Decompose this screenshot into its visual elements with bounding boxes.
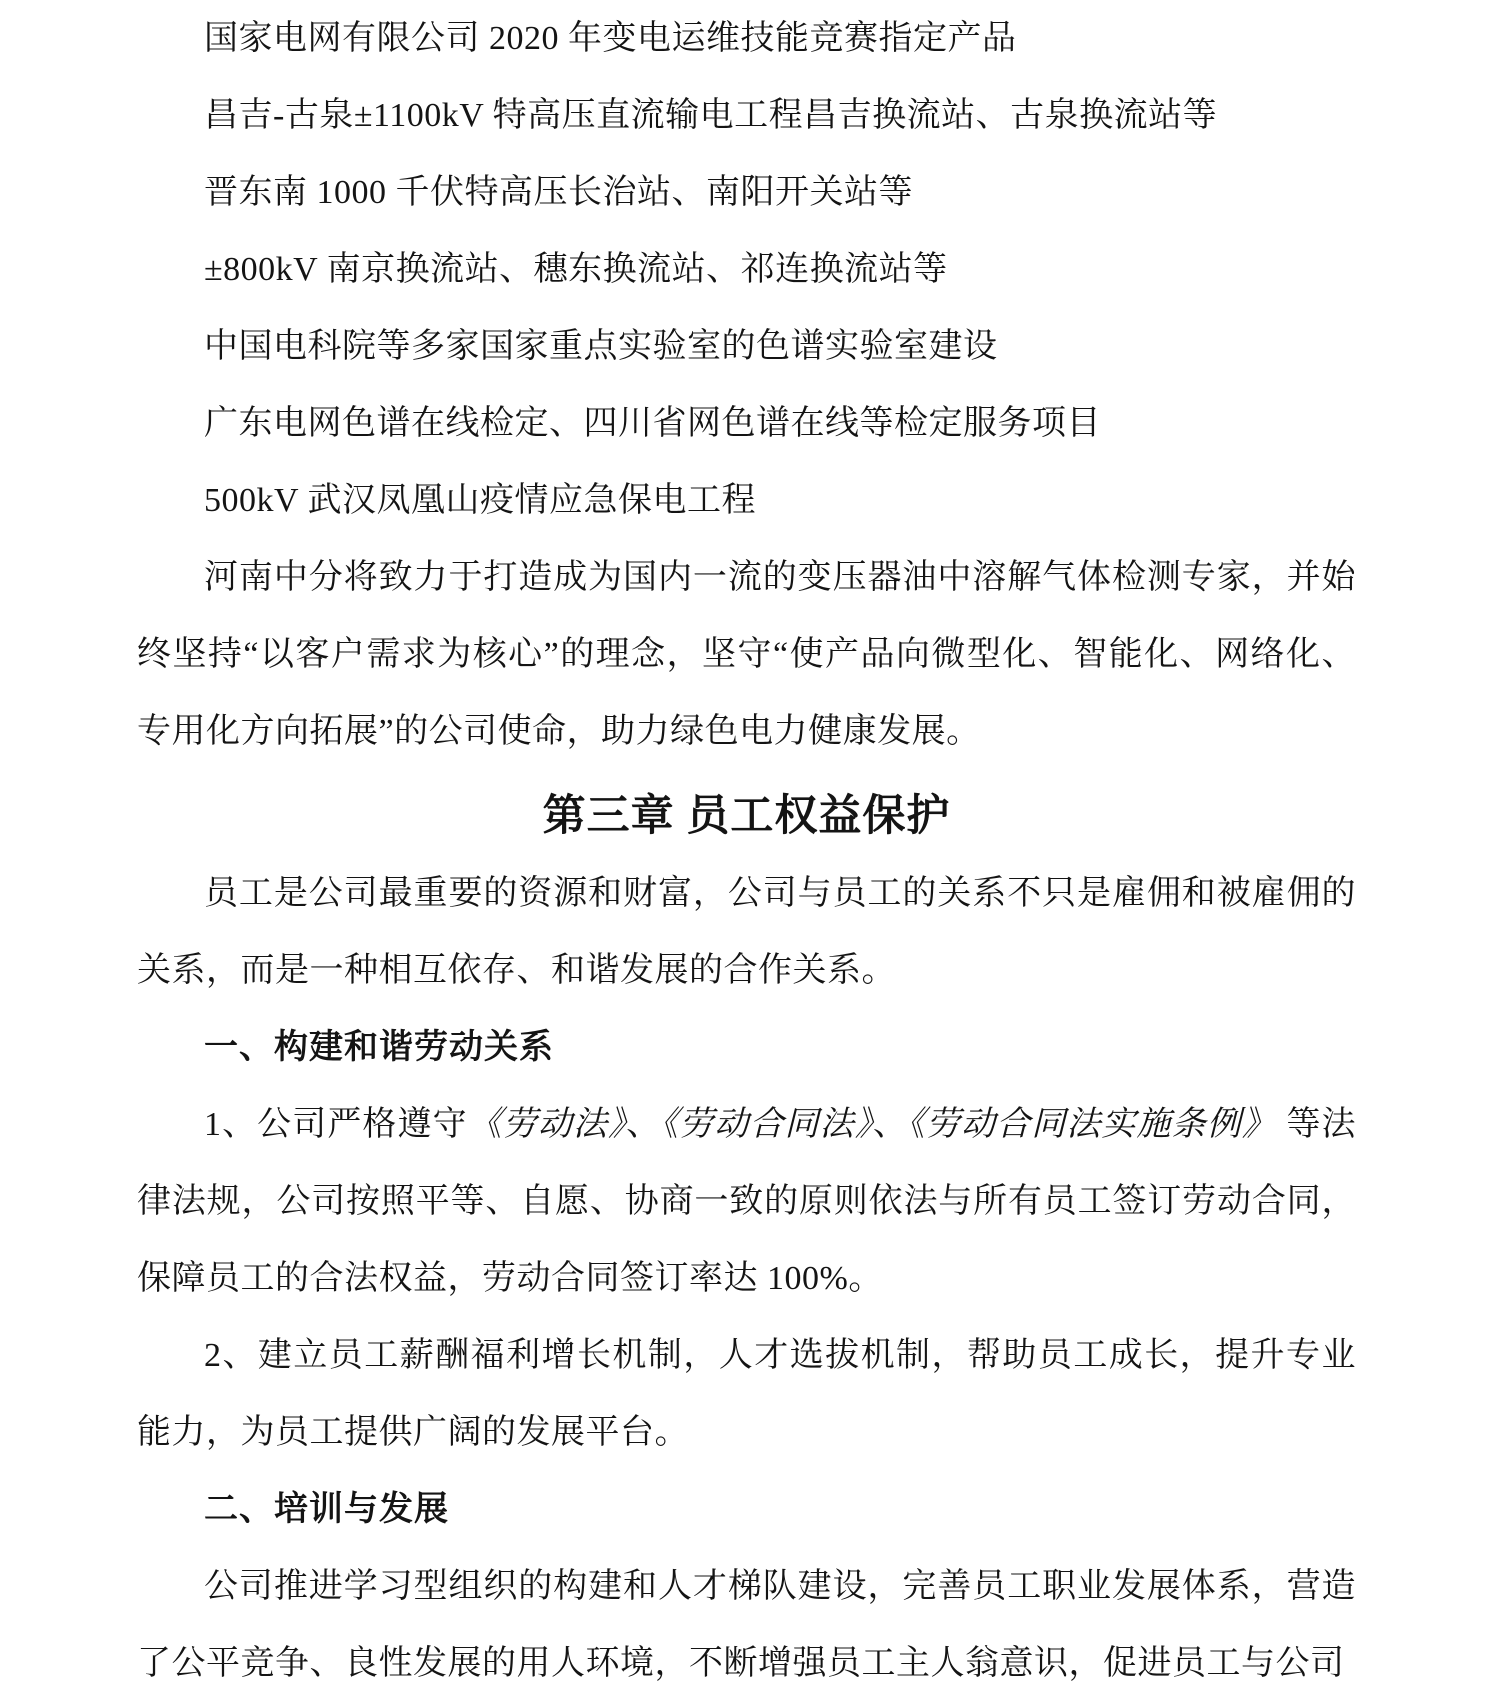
text-segment: 1、公司严格遵守 — [204, 1106, 468, 1143]
section1-heading: 一、构建和谐劳动关系 — [137, 1009, 1356, 1086]
mission-paragraph: 河南中分将致力于打造成为国内一流的变压器油中溶解气体检测专家，并始终坚持“以客户… — [137, 539, 1356, 770]
law-title: 《劳动合同法实施条例》 — [908, 1106, 1277, 1143]
text-segment: 、 — [626, 1106, 661, 1143]
list-item: 中国电科院等多家国家重点实验室的色谱实验室建设 — [137, 308, 1356, 385]
law-title: 《劳动法》 — [468, 1106, 626, 1143]
chapter-intro-paragraph: 员工是公司最重要的资源和财富，公司与员工的关系不只是雇佣和被雇佣的关系，而是一种… — [137, 855, 1356, 1009]
section1-paragraph-1: 1、公司严格遵守《劳动法》、《劳动合同法》、《劳动合同法实施条例》 等法律法规，… — [137, 1086, 1356, 1317]
section2-paragraph-1: 公司推进学习型组织的构建和人才梯队建设，完善员工职业发展体系，营造了公平竞争、良… — [137, 1548, 1356, 1699]
section2-heading: 二、培训与发展 — [137, 1471, 1356, 1548]
list-item: 广东电网色谱在线检定、四川省网色谱在线等检定服务项目 — [137, 385, 1356, 462]
list-item: 昌吉-古泉±1100kV 特高压直流输电工程昌吉换流站、古泉换流站等 — [137, 77, 1356, 154]
text-segment: 、 — [873, 1106, 908, 1143]
chapter-heading: 第三章 员工权益保护 — [137, 778, 1356, 855]
list-item: 500kV 武汉凤凰山疫情应急保电工程 — [137, 462, 1356, 539]
document-page: 国家电网有限公司 2020 年变电运维技能竞赛指定产品 昌吉-古泉±1100kV… — [0, 0, 1486, 1699]
list-item: 晋东南 1000 千伏特高压长治站、南阳开关站等 — [137, 154, 1356, 231]
list-item: ±800kV 南京换流站、穗东换流站、祁连换流站等 — [137, 231, 1356, 308]
section1-paragraph-2: 2、建立员工薪酬福利增长机制，人才选拔机制，帮助员工成长，提升专业能力，为员工提… — [137, 1317, 1356, 1471]
law-title: 《劳动合同法》 — [661, 1106, 873, 1143]
list-item: 国家电网有限公司 2020 年变电运维技能竞赛指定产品 — [137, 0, 1356, 77]
